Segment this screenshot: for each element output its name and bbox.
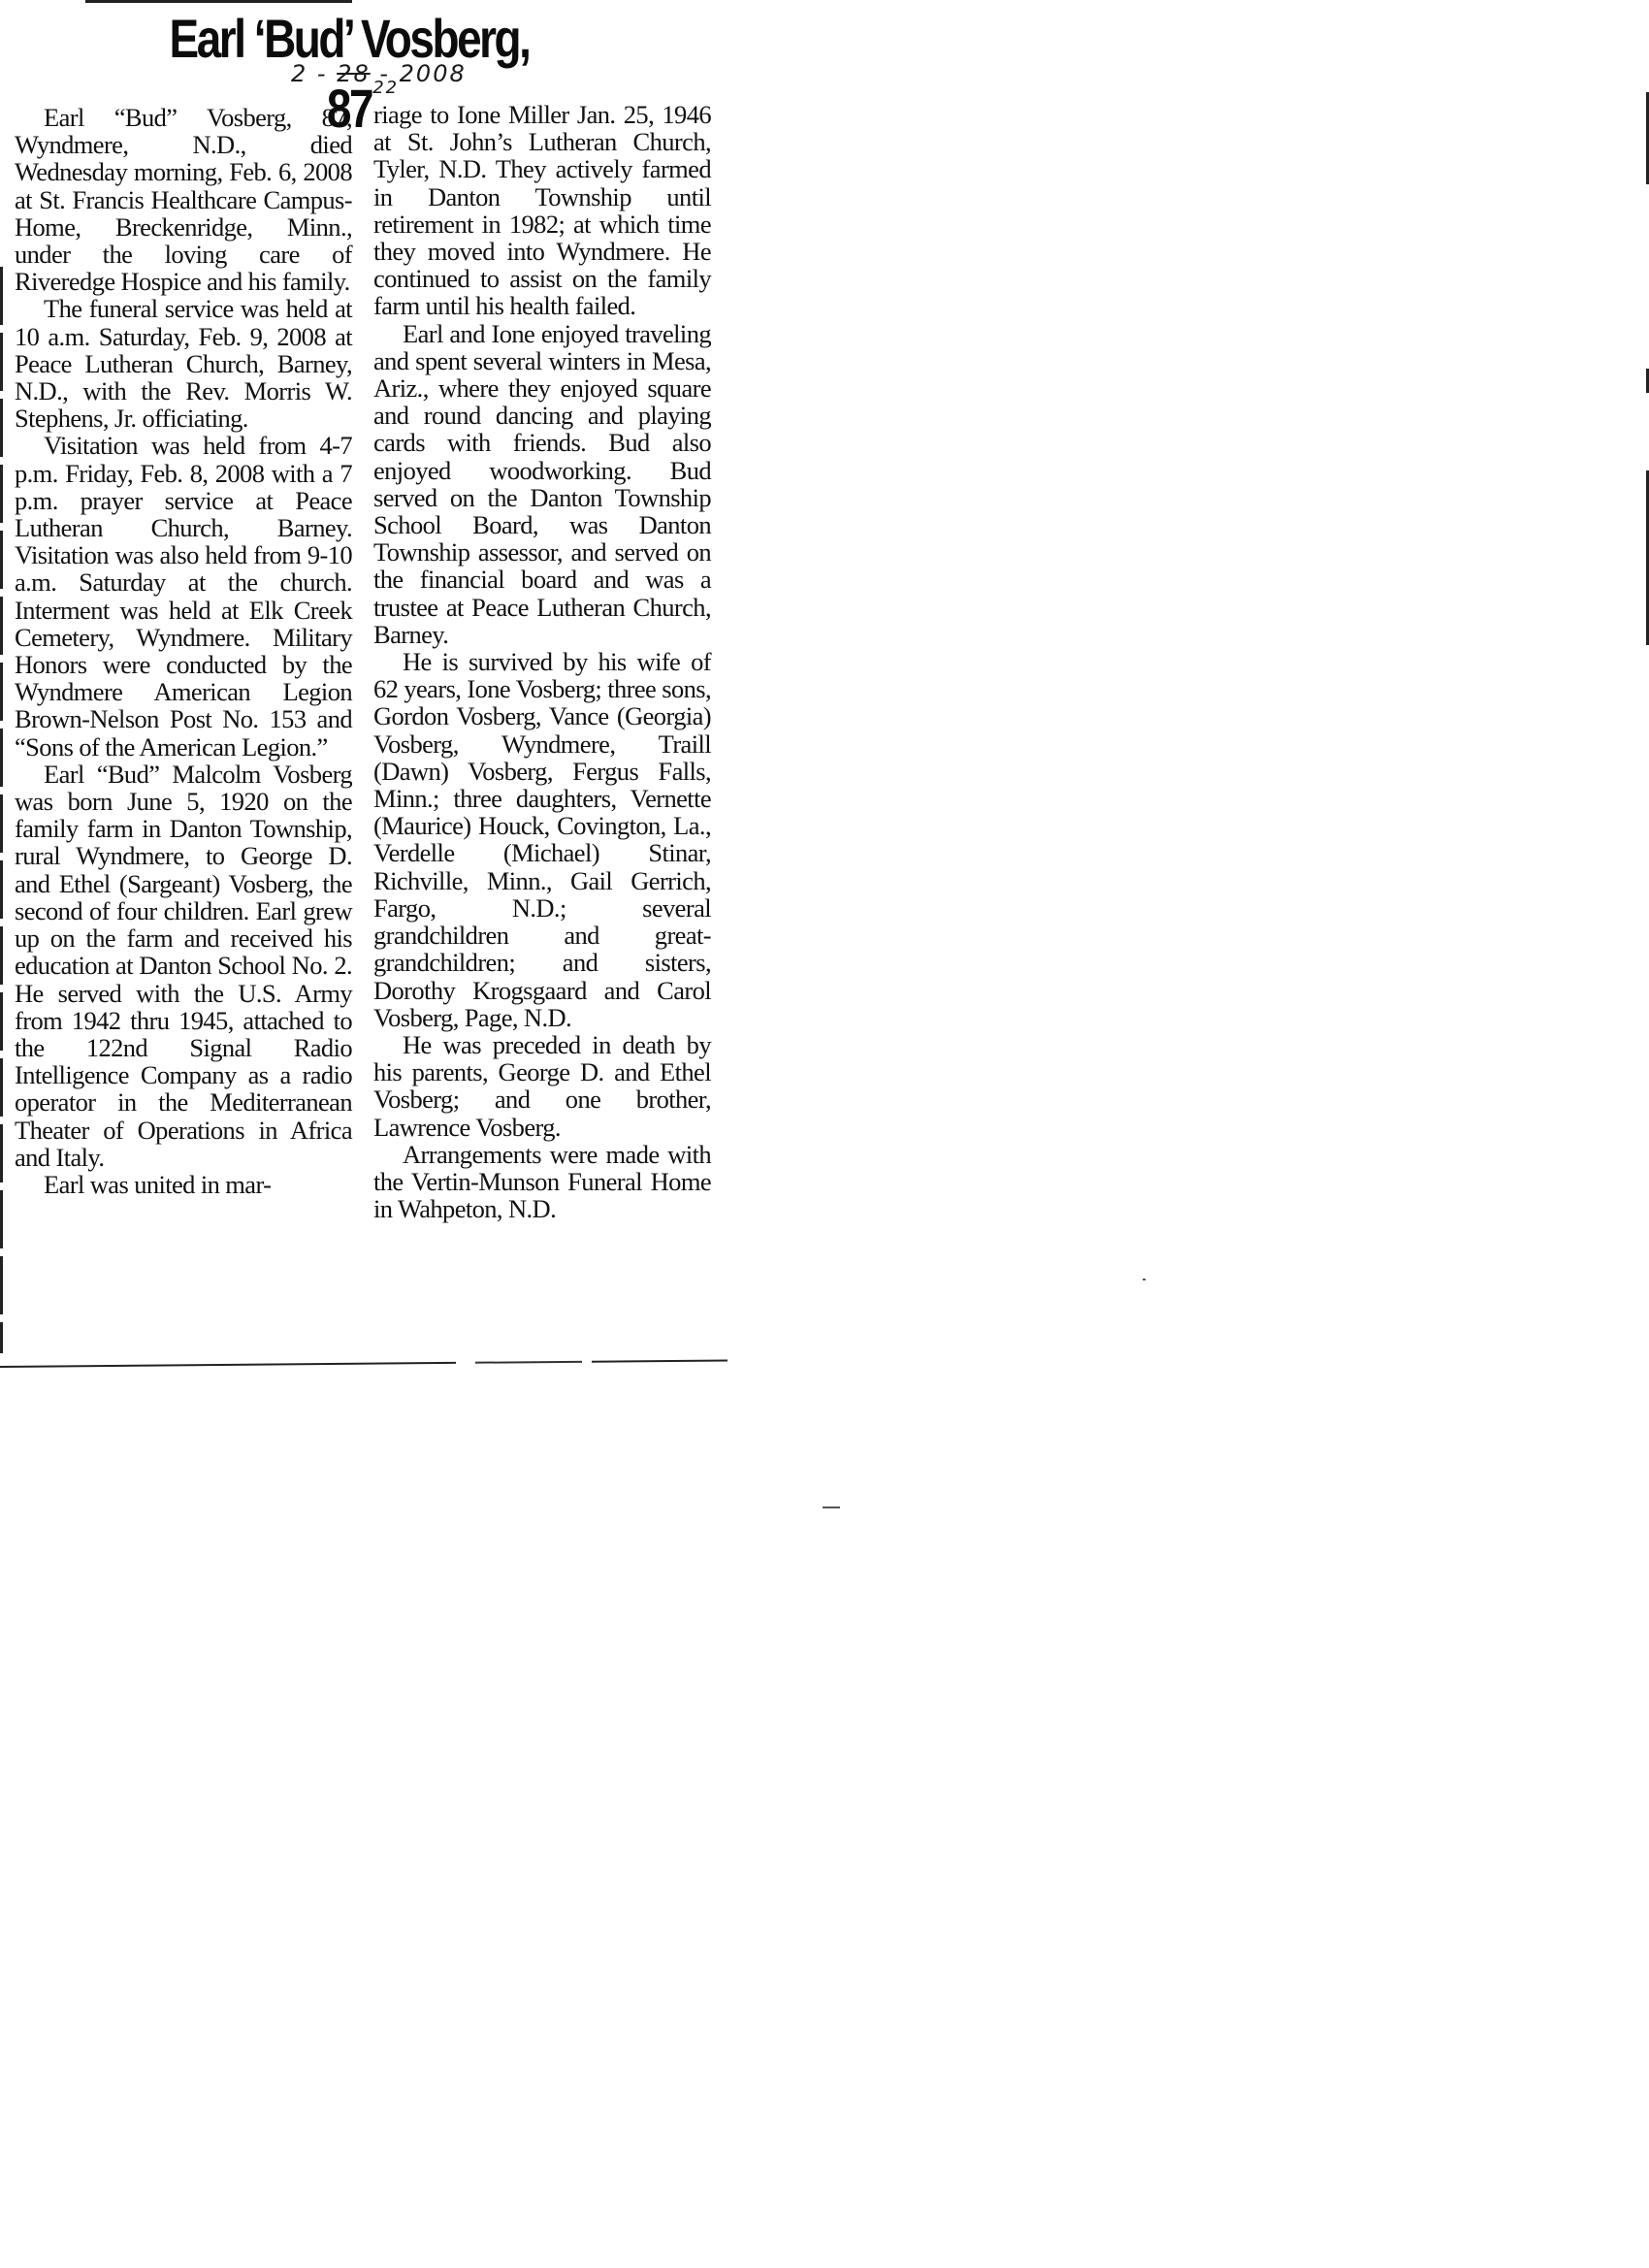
paragraph-survivors: He is survived by his wife of 62 years, …	[373, 648, 711, 1031]
column-right: riage to Ione Miller Jan. 25, 1946 at St…	[373, 101, 711, 1222]
paragraph-biography: Earl “Bud” Malcolm Vosberg was born June…	[15, 761, 352, 1171]
corrected-day: 22	[372, 78, 399, 98]
date-prefix: 2 -	[291, 60, 337, 87]
clipping-top-rule	[85, 0, 352, 3]
paragraph-funeral-service: The funeral service was held at 10 a.m. …	[15, 295, 352, 432]
paragraph-hobbies: Earl and Ione enjoyed traveling and spen…	[373, 320, 711, 648]
paragraph-arrangements: Arrangements were made with the Vertin-M…	[373, 1141, 711, 1223]
paragraph-visitation: Visitation was held from 4-7 p.m. Friday…	[15, 432, 352, 760]
paragraph-marriage-start: Earl was united in mar-	[15, 1171, 352, 1198]
scan-speck	[1143, 1279, 1146, 1280]
struck-day: 2822	[337, 60, 371, 87]
paragraph-preceded: He was preceded in death by his parents,…	[373, 1031, 711, 1141]
scan-speck	[823, 1507, 840, 1508]
clipping-bottom-rule	[0, 1359, 727, 1368]
clipping-left-edge	[0, 267, 3, 1353]
handwritten-date: 2 - 2822 - 2008	[291, 60, 467, 87]
paragraph-marriage-continued: riage to Ione Miller Jan. 25, 1946 at St…	[373, 101, 711, 320]
struck-day-value: 28	[337, 60, 371, 87]
column-left: Earl “Bud” Vosberg, 87, Wyndmere, N.D., …	[15, 104, 352, 1198]
paragraph-death-notice: Earl “Bud” Vosberg, 87, Wyndmere, N.D., …	[15, 104, 352, 295]
